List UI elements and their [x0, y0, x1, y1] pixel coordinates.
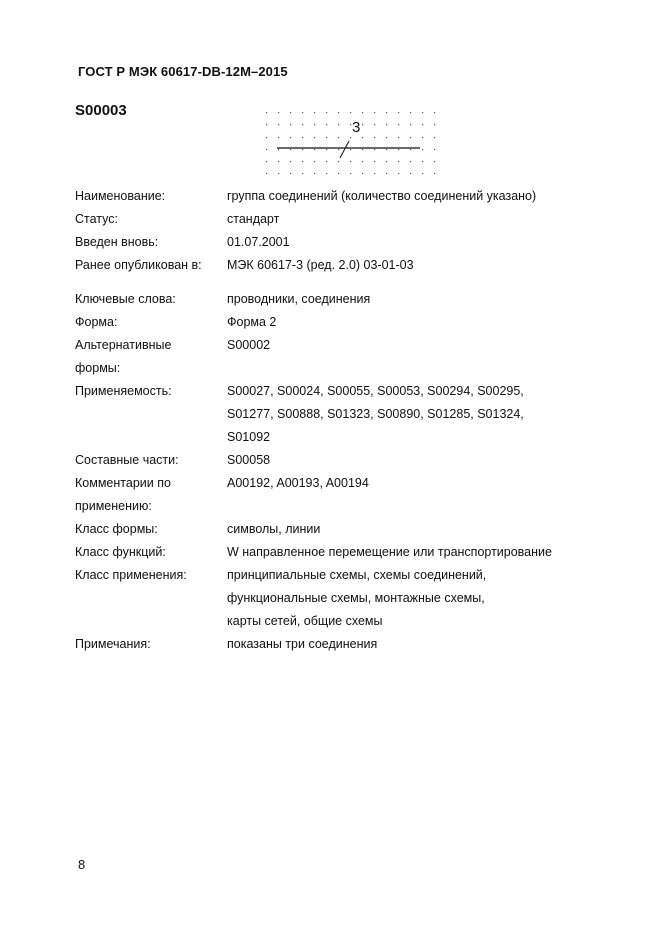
property-label: Класс функций:: [75, 541, 227, 564]
property-value: S00027, S00024, S00055, S00053, S00294, …: [227, 380, 615, 449]
property-label: Статус:: [75, 208, 227, 231]
property-label: Ключевые слова:: [75, 288, 227, 311]
page-number: 8: [78, 857, 85, 872]
symbol-id: S00003: [75, 102, 127, 119]
property-label: Альтернативные формы:: [75, 334, 227, 380]
property-value: A00192, A00193, A00194: [227, 472, 615, 518]
property-row-remarks: Примечания: показаны три соединения: [75, 633, 615, 656]
property-row-function-class: Класс функций: W направленное перемещени…: [75, 541, 615, 564]
property-row-previously-published: Ранее опубликован в: МЭК 60617-3 (ред. 2…: [75, 254, 615, 277]
document-standard-header: ГОСТ Р МЭК 60617-DB-12M–2015: [78, 64, 288, 79]
property-value: показаны три соединения: [227, 633, 615, 656]
property-row-keywords: Ключевые слова: проводники, соединения: [75, 288, 615, 311]
property-value: МЭК 60617-3 (ред. 2.0) 03-01-03: [227, 254, 615, 277]
property-label: Форма:: [75, 311, 227, 334]
property-row-alternative-forms: Альтернативные формы: S00002: [75, 334, 615, 380]
property-label: Наименование:: [75, 185, 227, 208]
group-slash: [340, 141, 349, 158]
connection-count-label: 3: [352, 119, 360, 136]
symbol-figure: 3: [260, 105, 440, 180]
property-label: Класс применения:: [75, 564, 227, 633]
property-label: Класс формы:: [75, 518, 227, 541]
property-value: группа соединений (количество соединений…: [227, 185, 615, 208]
property-row-status: Статус: стандарт: [75, 208, 615, 231]
properties-table: Наименование: группа соединений (количес…: [75, 185, 615, 656]
property-value: принципиальные схемы, схемы соединений, …: [227, 564, 615, 633]
property-row-applicability: Применяемость: S00027, S00024, S00055, S…: [75, 380, 615, 449]
symbol-drawing: 3: [260, 105, 440, 180]
property-value: Форма 2: [227, 311, 615, 334]
property-row-introduced: Введен вновь: 01.07.2001: [75, 231, 615, 254]
property-label: Составные части:: [75, 449, 227, 472]
property-label: Комментарии по применению:: [75, 472, 227, 518]
property-value: S00058: [227, 449, 615, 472]
section-gap: [75, 277, 615, 288]
property-row-name: Наименование: группа соединений (количес…: [75, 185, 615, 208]
property-label: Введен вновь:: [75, 231, 227, 254]
property-row-form: Форма: Форма 2: [75, 311, 615, 334]
property-value: проводники, соединения: [227, 288, 615, 311]
property-value: стандарт: [227, 208, 615, 231]
property-value: W направленное перемещение или транспорт…: [227, 541, 615, 564]
property-row-form-class: Класс формы: символы, линии: [75, 518, 615, 541]
grid-dots: [266, 112, 435, 174]
property-label: Применяемость:: [75, 380, 227, 449]
property-row-application-notes: Комментарии по применению: A00192, A0019…: [75, 472, 615, 518]
property-row-components: Составные части: S00058: [75, 449, 615, 472]
property-value: 01.07.2001: [227, 231, 615, 254]
property-value: символы, линии: [227, 518, 615, 541]
property-value: S00002: [227, 334, 615, 380]
property-label: Примечания:: [75, 633, 227, 656]
property-label: Ранее опубликован в:: [75, 254, 227, 277]
property-row-application-class: Класс применения: принципиальные схемы, …: [75, 564, 615, 633]
